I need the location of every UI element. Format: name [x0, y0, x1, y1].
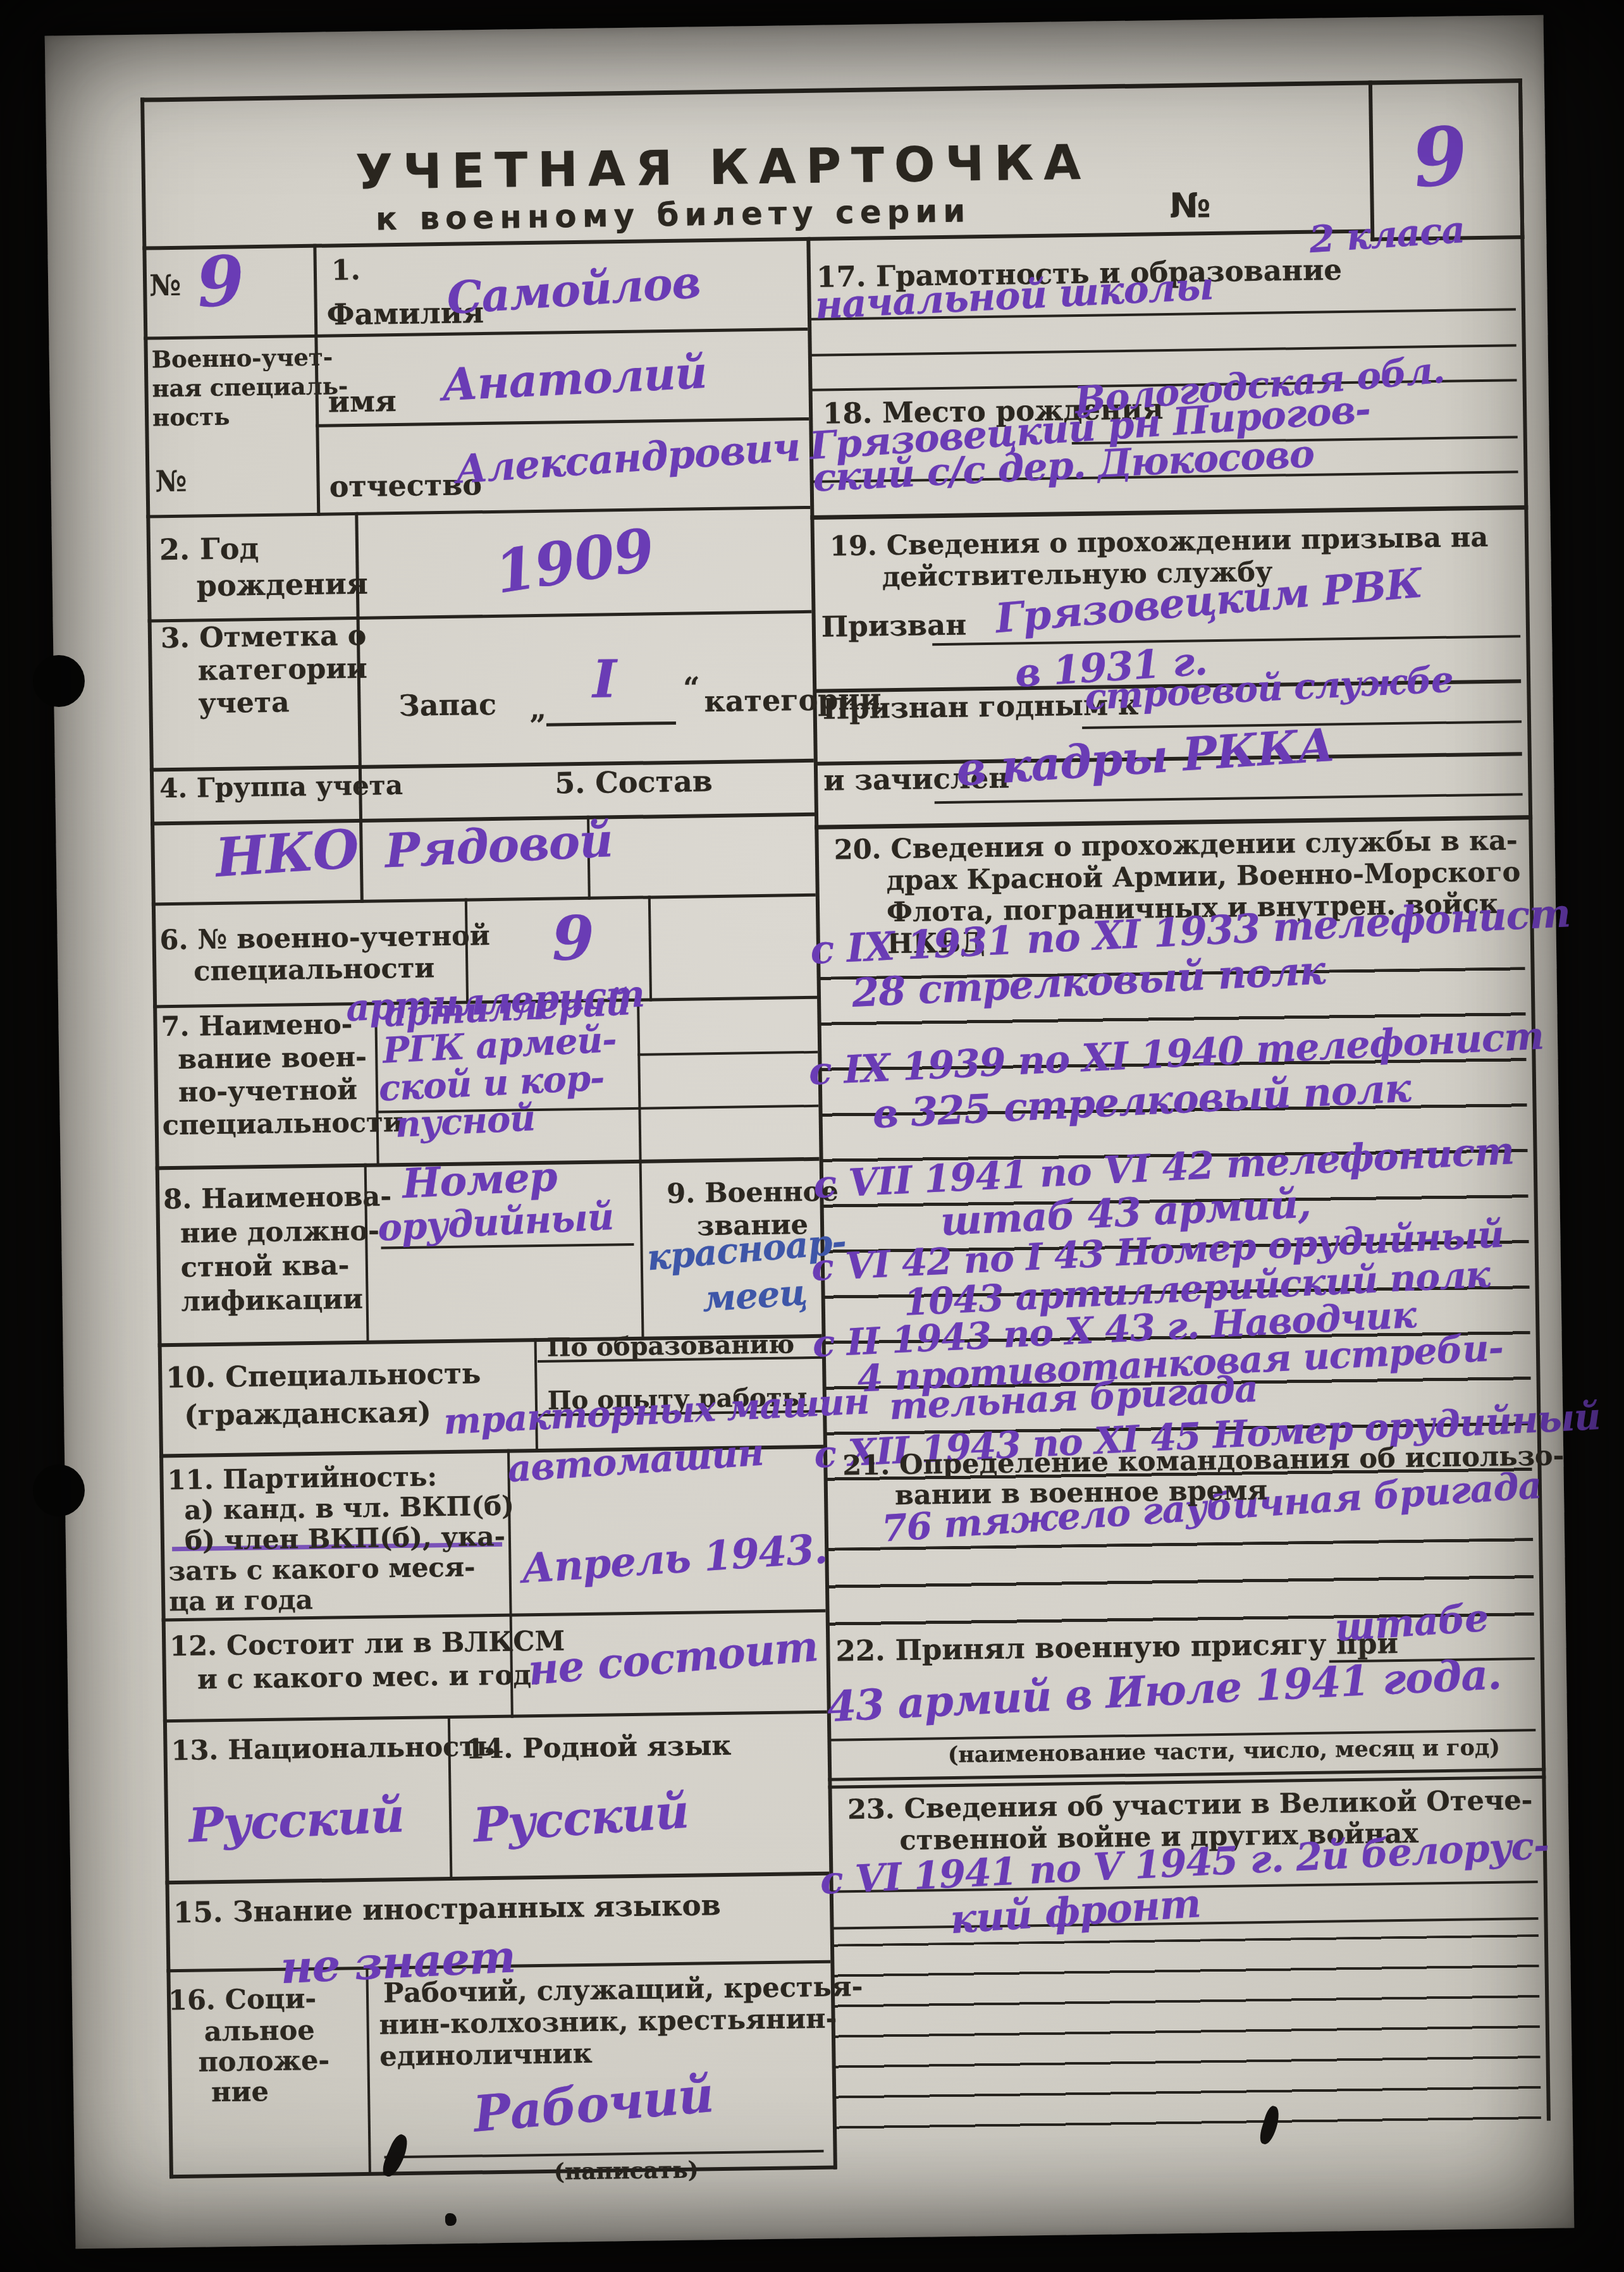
punch-hole — [33, 1465, 85, 1516]
f3-quote-open: „ — [529, 692, 546, 726]
f8-label: лификации — [181, 1284, 363, 1318]
f10-by-edu-label: По образованию — [546, 1329, 794, 1362]
f3-label: категории — [197, 653, 367, 687]
f16-value: Рабочий — [471, 2066, 715, 2143]
f5-label: 5. Состав — [555, 764, 713, 800]
f16-label: 16. Соци- — [168, 1983, 317, 2017]
f7-label: но-учетной — [178, 1074, 358, 1108]
f7-value: пусной — [394, 1097, 536, 1146]
card-paper: УЧЕТНАЯ КАРТОЧКА к военному билету серии… — [45, 15, 1575, 2249]
f11-label: 11. Партийность: — [167, 1461, 437, 1495]
f16-label: ние — [211, 2076, 269, 2108]
f7-label: специальности — [162, 1107, 403, 1141]
f2-label: 2. Год — [159, 531, 259, 567]
f8-label: ние должно- — [180, 1215, 379, 1250]
card-subtitle-no-sign: № — [1169, 185, 1217, 226]
f13-label: 13. Национальность — [171, 1731, 495, 1767]
f21-label: вании в военное время — [895, 1475, 1268, 1511]
f11-label: ца и года — [169, 1584, 313, 1617]
f10-label: 10. Специальность — [166, 1356, 481, 1394]
f12-label: 12. Состоит ли в ВЛКСМ — [169, 1625, 565, 1662]
ink-blot — [445, 2213, 457, 2226]
f8-label: 8. Наименова- — [163, 1181, 391, 1215]
f16-label: положе- — [198, 2045, 329, 2079]
f10-label: (гражданская) — [184, 1395, 431, 1432]
corner-no-label: № — [149, 268, 181, 303]
f2-value: 1909 — [491, 515, 659, 606]
f12-label: и с какого мес. и год. — [197, 1659, 541, 1696]
f19-prizvan-label: Призван — [821, 608, 966, 643]
vus-label: ная специаль- — [152, 372, 348, 402]
corner-no-value: 9 — [194, 241, 246, 324]
f8-label: стной ква- — [181, 1250, 350, 1284]
f11-label: а) канд. в чл. ВКП(б) — [184, 1490, 514, 1526]
serial-number-value: 9 — [1408, 109, 1471, 206]
corner-no2-label: № — [155, 464, 187, 499]
f7-label: вание воен- — [178, 1041, 367, 1076]
f11-label: зать с какого меся- — [168, 1551, 476, 1587]
f22-value: штабе — [1334, 1596, 1489, 1650]
f19-zachislen-value: в кадры РККА — [955, 718, 1336, 796]
f11-value: Апрель 1943. — [520, 1525, 828, 1593]
f12-value: не состоит — [526, 1621, 820, 1695]
f7-label: 7. Наимено- — [161, 1009, 353, 1043]
f4-value: НКО — [214, 817, 360, 889]
vus-label: ность — [152, 403, 230, 432]
table-border-top — [140, 78, 1522, 102]
war-participation-empty-lines — [834, 1934, 1541, 2130]
f6-label: 6. № военно-учетной — [159, 920, 490, 956]
f3-label: учета — [198, 686, 290, 720]
f10-value: автомашин — [506, 1431, 765, 1491]
f13-value: Русский — [187, 1788, 405, 1853]
f1-name-value: Анатолий — [441, 346, 708, 411]
f11-label: б) член ВКП(б), ука- — [185, 1521, 506, 1556]
f14-label: 14. Родной язык — [465, 1730, 732, 1765]
f3-label: 3. Отметка о — [161, 620, 367, 655]
f1-name-label: имя — [328, 384, 397, 419]
f17-value: 2 класа — [1308, 208, 1466, 261]
f15-label: 15. Знание иностранных языков — [173, 1888, 721, 1929]
f4-label: 4. Группа учета — [159, 770, 403, 804]
f16-options: нин-колхозник, крестьянин- — [379, 2003, 837, 2041]
f16-note: (написать) — [554, 2157, 699, 2185]
scanned-military-card: УЧЕТНАЯ КАРТОЧКА к военному билету серии… — [0, 0, 1624, 2272]
f22-note: (наименование части, число, месяц и год) — [947, 1735, 1500, 1768]
f3-zapas-label: Запас — [398, 687, 496, 723]
table-border-bottom-left — [169, 2166, 837, 2179]
f9-label: 9. Военное — [667, 1176, 839, 1210]
f19-label: 19. Сведения о прохождении призыва на — [830, 522, 1489, 563]
f9-value: меец — [701, 1272, 808, 1320]
punch-hole — [33, 655, 85, 707]
f16-options: единоличник — [379, 2038, 593, 2073]
f1-surname-value: Самойлов — [445, 255, 702, 324]
f2-label: рождения — [196, 567, 368, 603]
f6-value: 9 — [551, 902, 594, 974]
f1-num: 1. — [331, 254, 361, 287]
f1-patronymic-value: Александрович — [454, 424, 801, 493]
f3-category-value: I — [592, 649, 617, 710]
f16-label: альное — [204, 2015, 315, 2048]
vus-label: Военно-учет- — [152, 343, 333, 373]
f14-value: Русский — [472, 1784, 691, 1853]
f6-label: специальности — [194, 952, 435, 987]
f5-value: Рядовой — [384, 813, 614, 878]
f3-quote-close: “ — [683, 670, 700, 704]
f23-label: 23. Сведения об участии в Великой Отече- — [847, 1784, 1533, 1826]
